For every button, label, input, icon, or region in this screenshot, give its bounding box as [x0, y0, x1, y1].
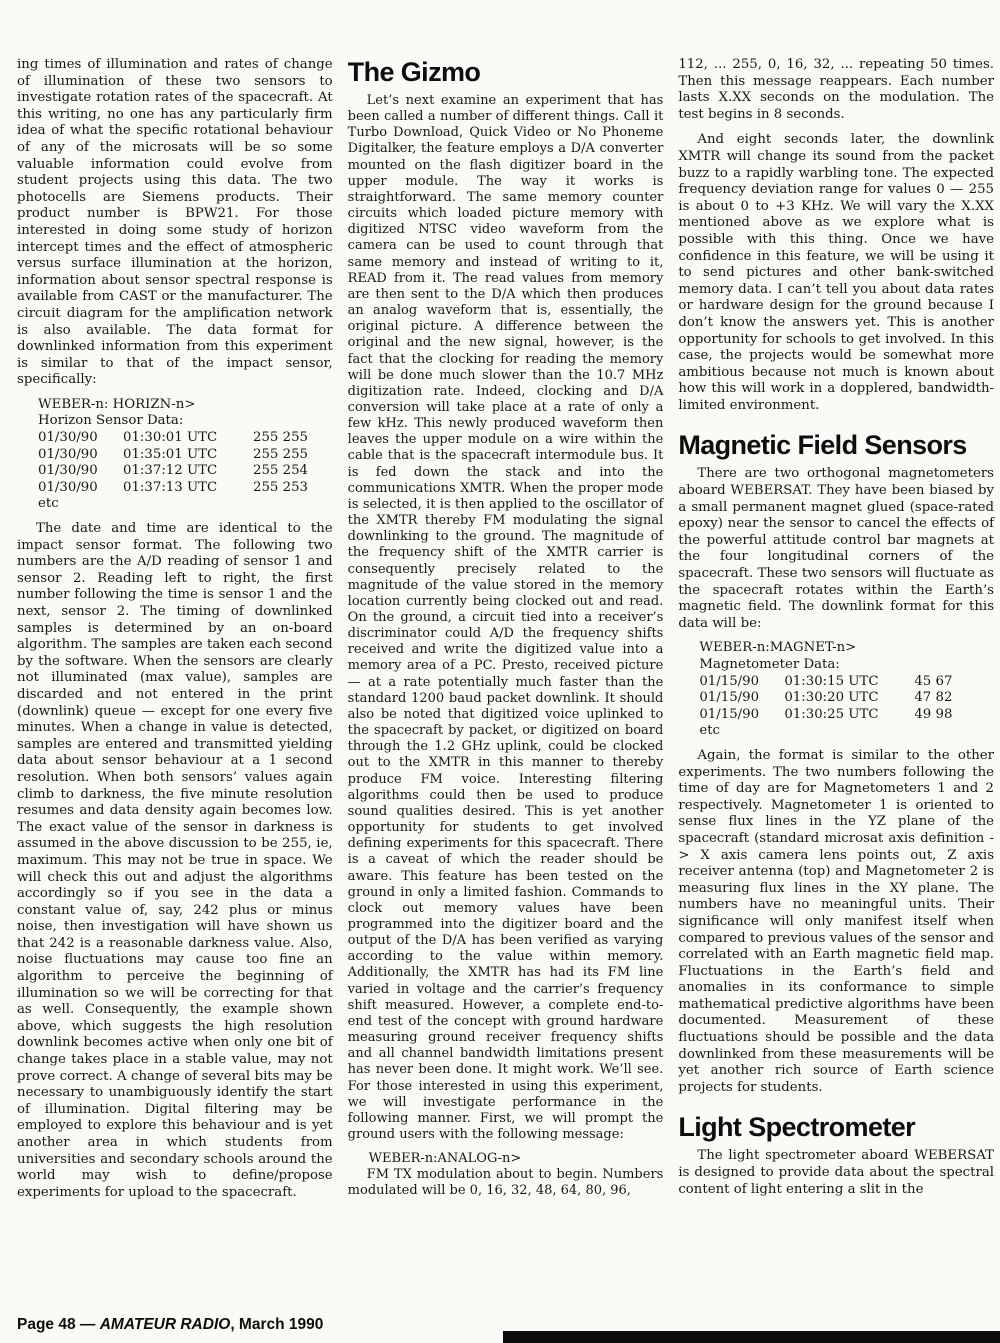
- paragraph-message-continuation: 112, ... 255, 0, 16, 32, ... repeating 5…: [678, 57, 994, 123]
- footer-issue-date: , March 1990: [230, 1316, 323, 1333]
- column-3: 112, ... 255, 0, 16, 32, ... repeating 5…: [678, 57, 994, 1201]
- paragraph-spectrometer: The light spectrometer aboard WEBERSAT i…: [678, 1148, 994, 1198]
- paragraph-magnet-detail: Again, the format is similar to the othe…: [678, 748, 994, 1096]
- listing-prompt: WEBER-n: HORIZN-n>: [38, 397, 333, 414]
- data-listing-horizon: WEBER-n: HORIZN-n> Horizon Sensor Data: …: [38, 397, 333, 513]
- paragraph-horizon-format: The date and time are identical to the i…: [17, 521, 333, 1201]
- data-row: 01/30/9001:30:01 UTC255 255: [38, 430, 333, 447]
- paragraph-analog-message: FM TX modulation about to begin. Numbers…: [348, 1167, 664, 1199]
- section-heading-the-gizmo: The Gizmo: [348, 57, 664, 87]
- footer-magazine-title: AMATEUR RADIO: [100, 1316, 231, 1333]
- three-column-layout: ing times of illumination and rates of c…: [0, 0, 1000, 1201]
- paragraph-magnet-intro: There are two orthogonal magnetometers a…: [678, 466, 994, 632]
- paragraph-horizon-continuation: ing times of illumination and rates of c…: [17, 57, 333, 389]
- listing-etc: etc: [38, 496, 333, 513]
- data-row: 01/15/9001:30:25 UTC49 98: [699, 707, 994, 724]
- data-listing-analog: WEBER-n:ANALOG-n>: [369, 1151, 664, 1167]
- data-row: 01/30/9001:35:01 UTC255 255: [38, 447, 333, 464]
- listing-prompt: WEBER-n:MAGNET-n>: [699, 640, 994, 657]
- data-row: 01/15/9001:30:20 UTC47 82: [699, 690, 994, 707]
- data-listing-magnet: WEBER-n:MAGNET-n> Magnetometer Data: 01/…: [699, 640, 994, 740]
- paragraph-downlink: And eight seconds later, the downlink XM…: [678, 132, 994, 414]
- listing-title: Horizon Sensor Data:: [38, 413, 333, 430]
- data-row: 01/15/9001:30:15 UTC45 67: [699, 674, 994, 691]
- listing-title: Magnetometer Data:: [699, 657, 994, 674]
- section-heading-light-spectrometer: Light Spectrometer: [678, 1112, 994, 1142]
- column-1: ing times of illumination and rates of c…: [17, 57, 333, 1201]
- footer-page-info: Page 48 — AMATEUR RADIO, March 1990: [17, 1316, 323, 1334]
- listing-prompt: WEBER-n:ANALOG-n>: [369, 1151, 664, 1167]
- listing-etc: etc: [699, 723, 994, 740]
- paragraph-gizmo-main: Let’s next examine an experiment that ha…: [348, 93, 664, 1143]
- data-row: 01/30/9001:37:13 UTC255 253: [38, 480, 333, 497]
- section-heading-magnetic-field-sensors: Magnetic Field Sensors: [678, 430, 994, 460]
- footer-page-number: Page 48 —: [17, 1316, 100, 1333]
- bottom-edge-bar: [503, 1331, 1000, 1343]
- magazine-page: ing times of illumination and rates of c…: [0, 0, 1000, 1343]
- column-2: The Gizmo Let’s next examine an experime…: [348, 57, 664, 1201]
- data-row: 01/30/9001:37:12 UTC255 254: [38, 463, 333, 480]
